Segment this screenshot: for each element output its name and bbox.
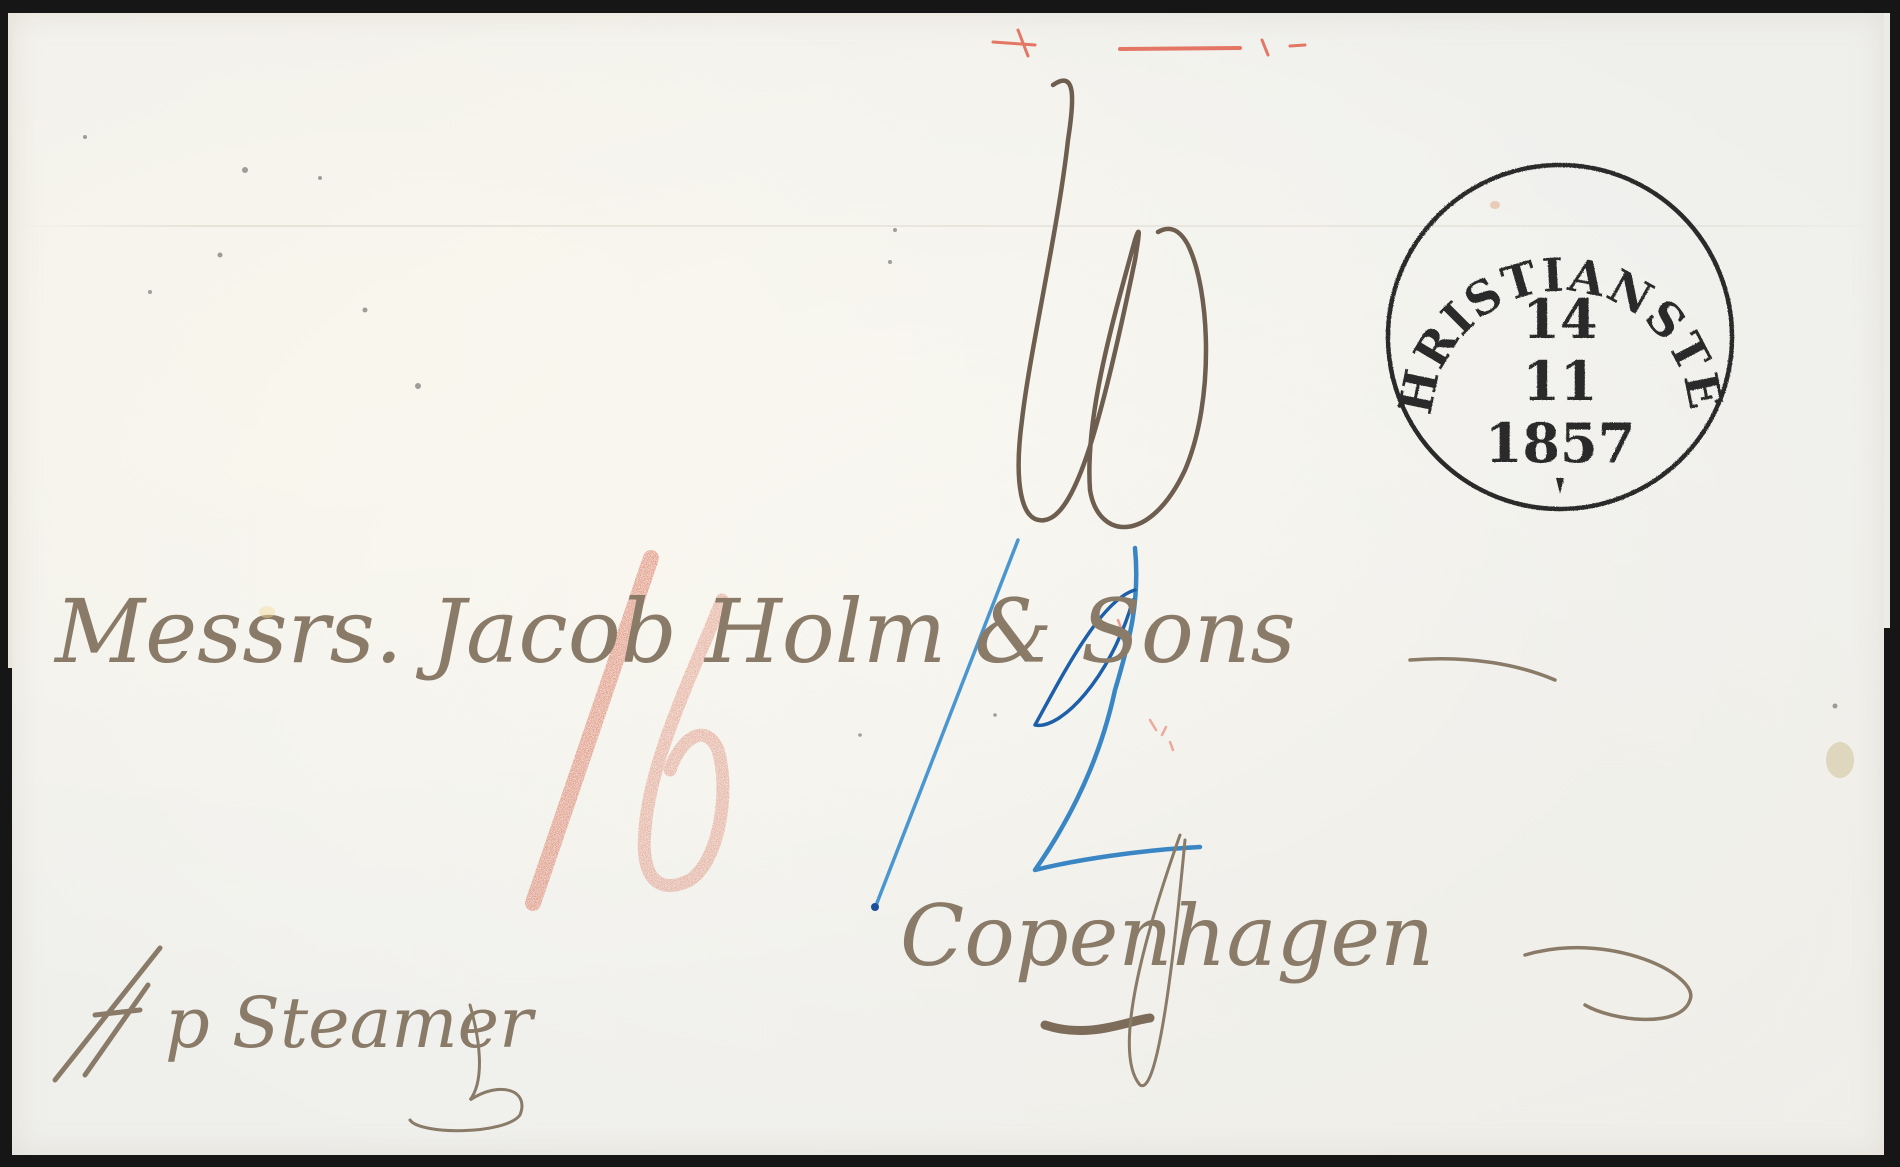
postmark-month: 11 (1522, 349, 1597, 413)
letter-scan: CHRISTIANSTED 14 11 1857 Messrs. Jacob H… (0, 0, 1900, 1167)
rate-marking-20 (1019, 81, 1206, 527)
postmark-town: CHRISTIANSTED (0, 0, 1733, 418)
ink-layer: CHRISTIANSTED 14 11 1857 Messrs. Jacob H… (0, 0, 1900, 1167)
postmark-christiansted: CHRISTIANSTED 14 11 1857 (0, 0, 1733, 509)
address-line-2: Copenhagen (900, 835, 1691, 1086)
address-line-2-text: Copenhagen (900, 887, 1434, 985)
postmark-pointer (1556, 478, 1564, 494)
address-line-1-text: Messrs. Jacob Holm & Sons (53, 580, 1296, 683)
postmark-day: 14 (1522, 287, 1597, 351)
endorsement-p-steamer: p Steamer (55, 948, 536, 1131)
address-line-1: Messrs. Jacob Holm & Sons (53, 580, 1555, 683)
postmark-year: 1857 (1485, 411, 1635, 475)
